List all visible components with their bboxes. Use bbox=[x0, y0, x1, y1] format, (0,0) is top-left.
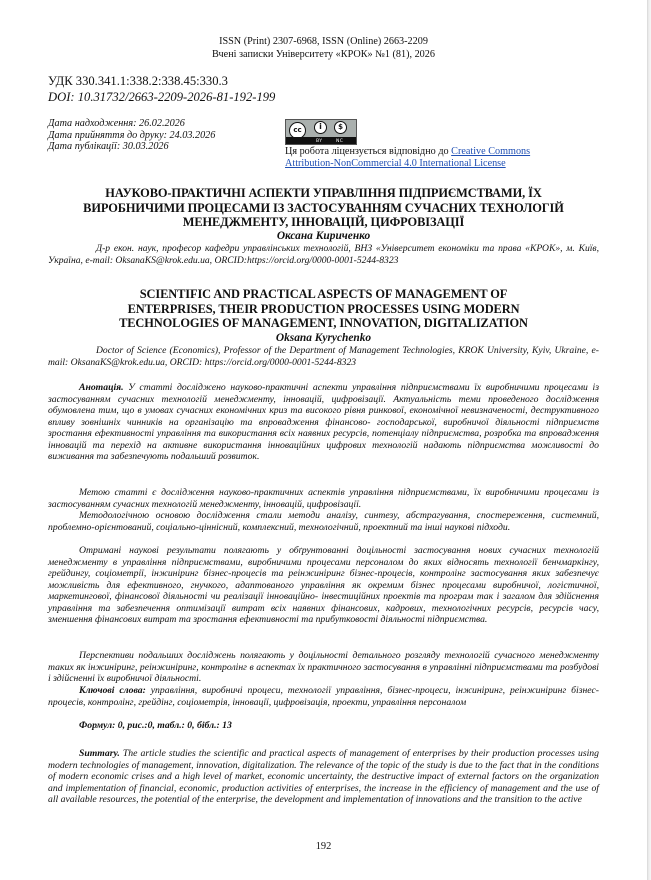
abstract-goal: Метою статті є дослідження науково-практ… bbox=[48, 487, 599, 510]
title-ua-line: МЕНЕДЖМЕНТУ, ІННОВАЦІЙ, ЦИФРОВІЗАЦІЇ bbox=[0, 215, 647, 230]
title-en-line: TECHNOLOGIES OF MANAGEMENT, INNOVATION, … bbox=[0, 316, 647, 331]
keywords: Ключові слова: управління, виробничі про… bbox=[48, 685, 599, 708]
title-en-line: ENTERPRISES, THEIR PRODUCTION PROCESSES … bbox=[0, 302, 647, 317]
license-text: Ця робота ліцензується відповідно до bbox=[285, 146, 451, 157]
abstract-results: Отримані наукові результати полягають у … bbox=[48, 545, 599, 626]
license-link-line1[interactable]: Creative Commons bbox=[451, 146, 530, 157]
license-notice: Ця робота ліцензується відповідно до Cre… bbox=[285, 146, 530, 169]
article-stats: Формул: 0, рис.:0, табл.: 0, бібл.: 13 bbox=[48, 720, 599, 732]
license-link-line2[interactable]: Attribution-NonCommercial 4.0 Internatio… bbox=[285, 158, 506, 169]
summary-label: Summary. bbox=[79, 748, 120, 759]
date-published: Дата публікації: 30.03.2026 bbox=[48, 141, 215, 153]
attribution-icon: i bbox=[314, 121, 327, 134]
title-ua-line: НАУКОВО-ПРАКТИЧНІ АСПЕКТИ УПРАВЛІННЯ ПІД… bbox=[0, 186, 647, 201]
affiliation-en: Doctor of Science (Economics), Professor… bbox=[48, 345, 599, 369]
author-en: Oksana Kyrychenko bbox=[0, 332, 647, 345]
author-ua: Оксана Кириченко bbox=[0, 230, 647, 243]
abstract-text: У статті досліджено науково-практичні ас… bbox=[48, 382, 599, 462]
title-ua: НАУКОВО-ПРАКТИЧНІ АСПЕКТИ УПРАВЛІННЯ ПІД… bbox=[0, 186, 647, 230]
journal-issn: ISSN (Print) 2307-6968, ISSN (Online) 26… bbox=[0, 36, 647, 49]
journal-name: Вчені записки Університету «КРОК» №1 (81… bbox=[0, 49, 647, 62]
noncommercial-icon: $ bbox=[334, 121, 347, 134]
summary-text: The article studies the scientific and p… bbox=[48, 748, 599, 805]
abstract-methods: Методологічною основою дослідження стали… bbox=[48, 510, 599, 533]
document-page: ISSN (Print) 2307-6968, ISSN (Online) 26… bbox=[0, 0, 647, 880]
summary-en: Summary. The article studies the scienti… bbox=[48, 748, 599, 806]
nc-label: NC bbox=[336, 139, 343, 144]
abstract-label: Анотація. bbox=[79, 382, 124, 393]
page-number: 192 bbox=[0, 841, 647, 852]
identifiers-block: УДК 330.341.1:338.2:338.45:330.3 DOI: 10… bbox=[48, 74, 275, 105]
udk-code: УДК 330.341.1:338.2:338.45:330.3 bbox=[48, 74, 275, 90]
cc-by-nc-license-icon[interactable]: cc i $ BY NC bbox=[285, 119, 357, 145]
by-label: BY bbox=[316, 139, 322, 144]
affiliation-ua: Д-р екон. наук, професор кафедри управлі… bbox=[48, 243, 599, 267]
dates-block: Дата надходження: 26.02.2026 Дата прийня… bbox=[48, 118, 215, 153]
page-edge bbox=[647, 0, 651, 880]
cc-badge-band: BY NC bbox=[286, 137, 356, 144]
title-ua-line: ВИРОБНИЧИМИ ПРОЦЕСАМИ ІЗ ЗАСТОСУВАННЯМ С… bbox=[0, 201, 647, 216]
abstract-ua: Анотація. У статті досліджено науково-пр… bbox=[48, 382, 599, 463]
title-en-line: SCIENTIFIC AND PRACTICAL ASPECTS OF MANA… bbox=[0, 287, 647, 302]
keywords-label: Ключові слова: bbox=[79, 685, 146, 696]
abstract-prospects: Перспективи подальших досліджень полягаю… bbox=[48, 650, 599, 685]
title-en: SCIENTIFIC AND PRACTICAL ASPECTS OF MANA… bbox=[0, 287, 647, 331]
date-accepted: Дата прийняття до друку: 24.03.2026 bbox=[48, 130, 215, 142]
date-received: Дата надходження: 26.02.2026 bbox=[48, 118, 215, 130]
doi: DOI: 10.31732/2663-2209-2026-81-192-199 bbox=[48, 90, 275, 106]
